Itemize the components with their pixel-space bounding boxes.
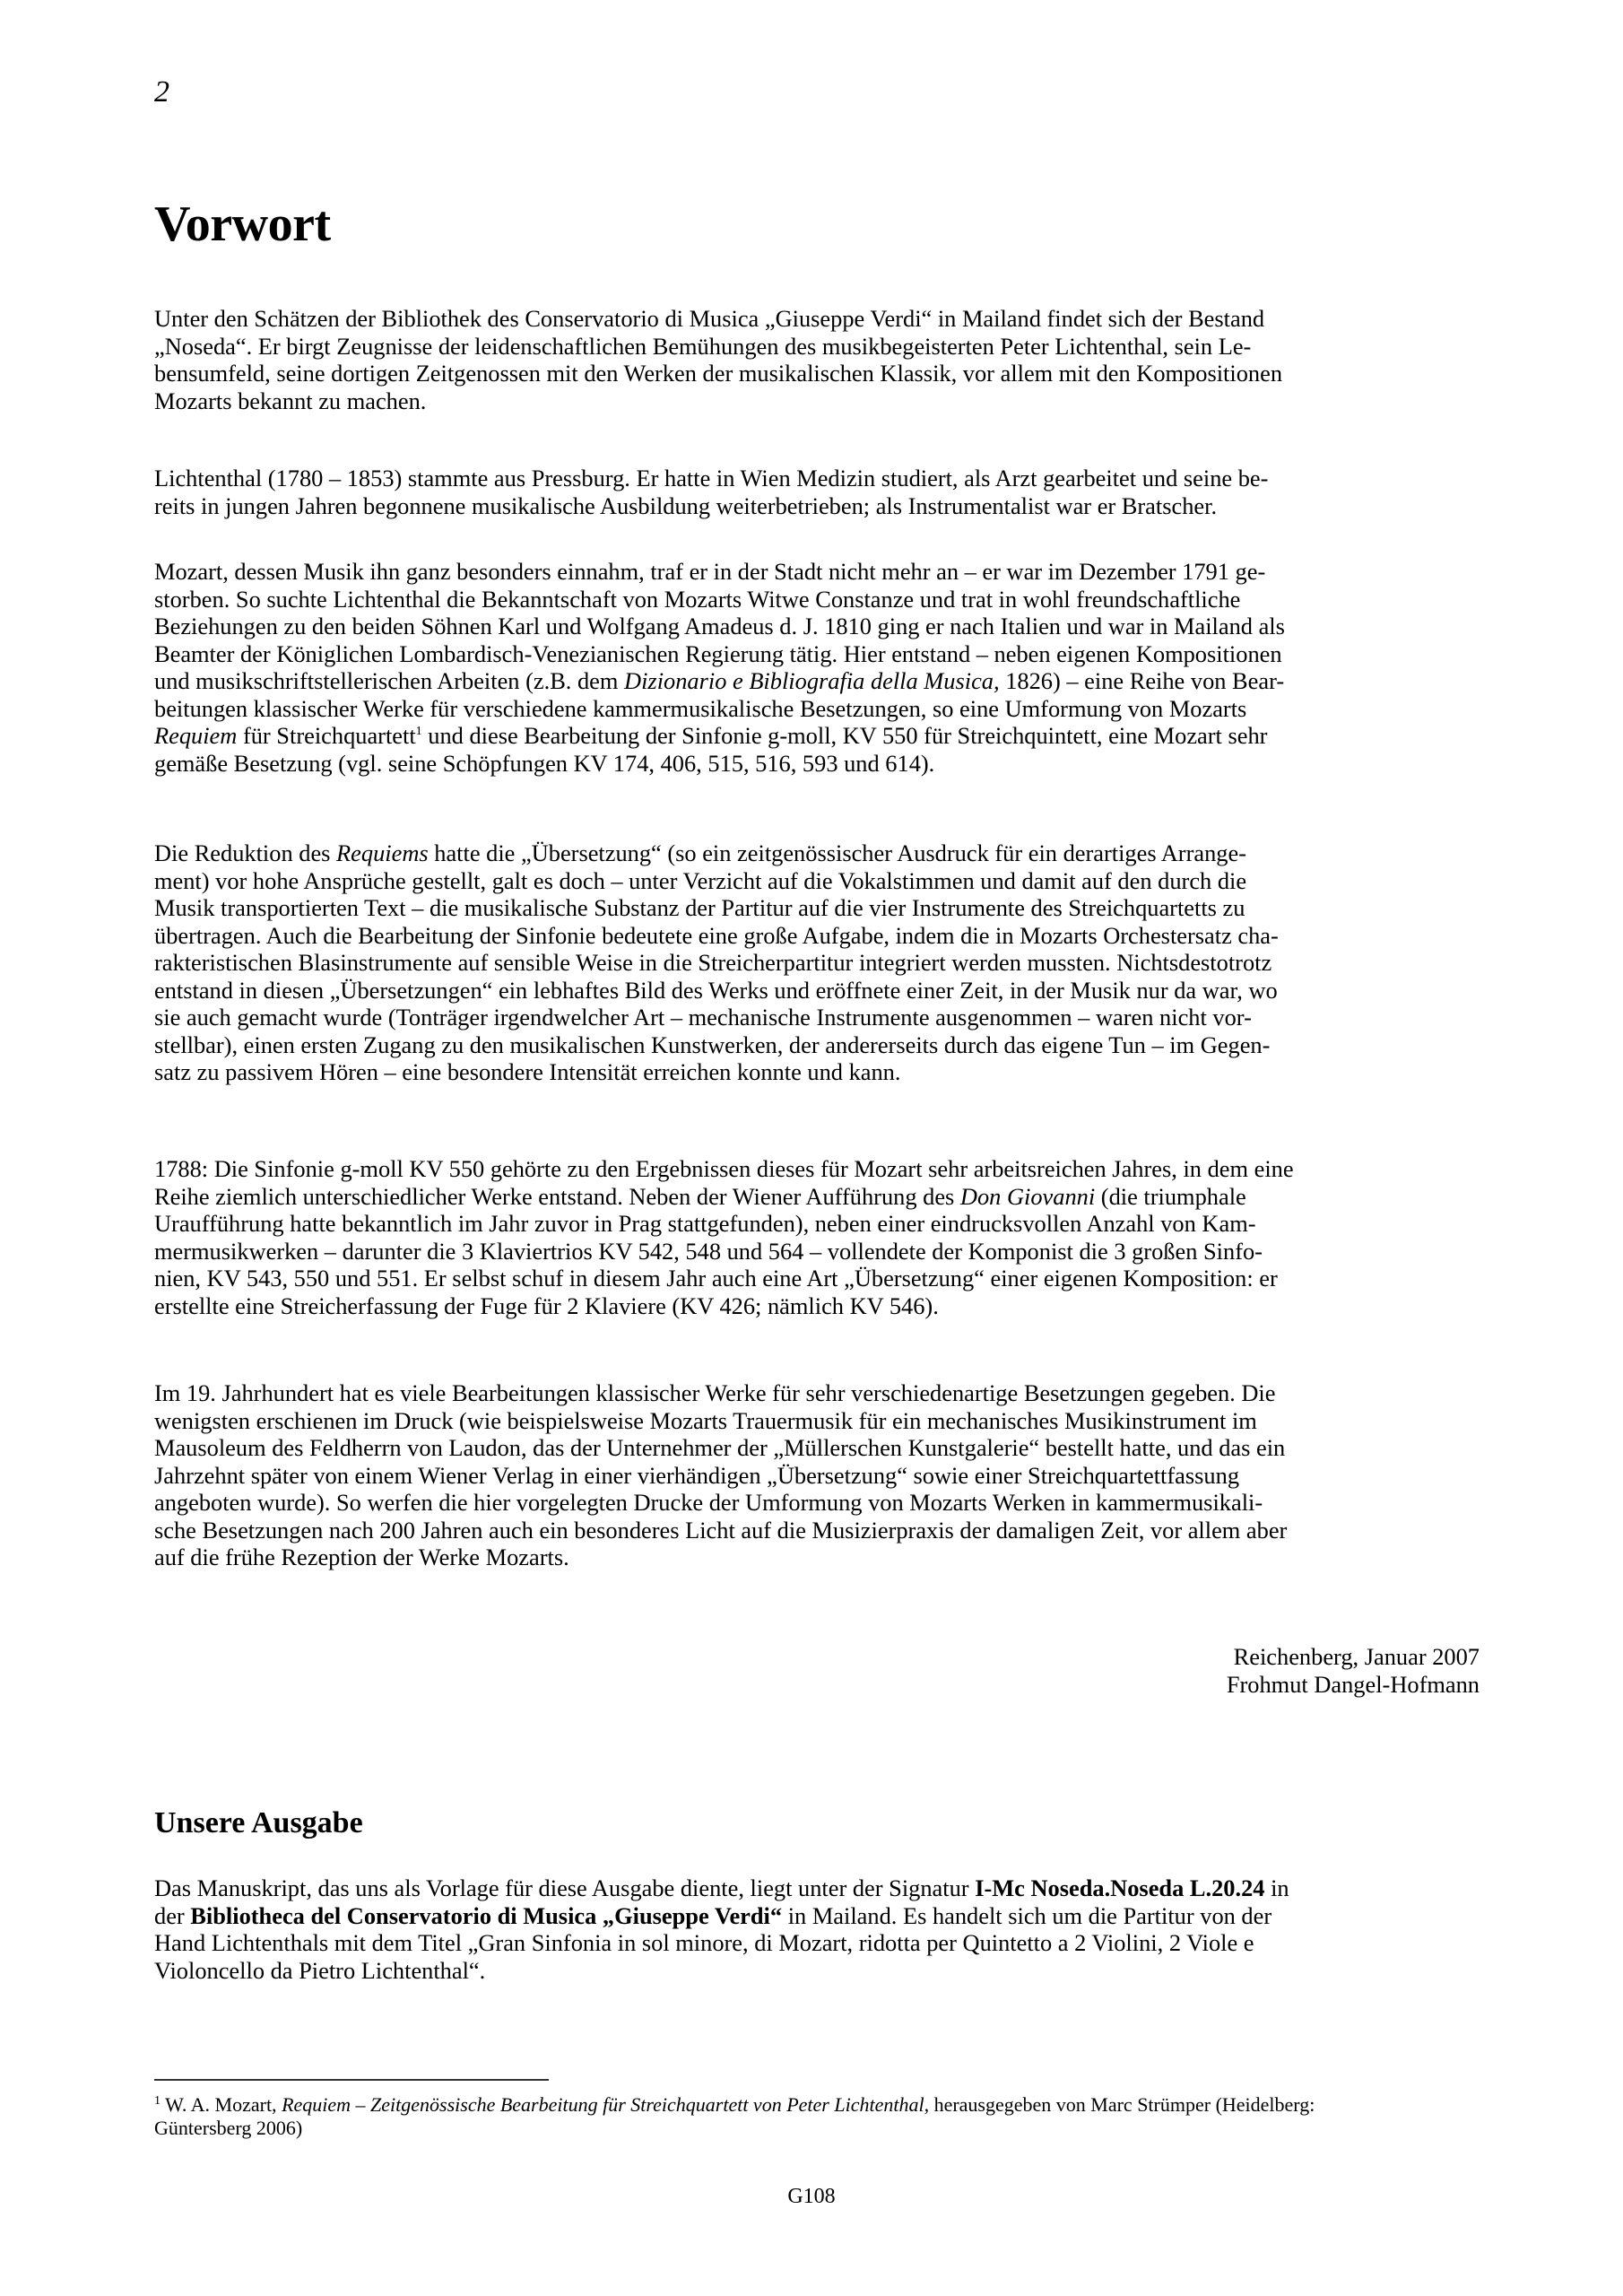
text-line: rakteristischen Blasinstrumente auf sens… [154, 949, 1481, 977]
text-line: storben. So suchte Lichtenthal die Bekan… [154, 586, 1481, 613]
paragraph-4: Die Reduktion des Requiems hatte die „Üb… [154, 839, 1481, 1086]
text-line: Mausoleum des Feldherrn von Laudon, das … [154, 1434, 1481, 1462]
text-line: Mozarts bekannt zu machen. [154, 387, 1481, 415]
text-line: wenigsten erschienen im Druck (wie beisp… [154, 1407, 1481, 1435]
footnote-line: Güntersberg 2006) [154, 2117, 1315, 2140]
text-line: bensumfeld, seine dortigen Zeitgenossen … [154, 360, 1481, 387]
text-line: Reihe ziemlich unterschiedlicher Werke e… [154, 1183, 1481, 1211]
text-line: sie auch gemacht wurde (Tonträger irgend… [154, 1004, 1481, 1031]
text-line: Beamter der Königlichen Lombardisch-Vene… [154, 640, 1481, 668]
text-line: Hand Lichtenthals mit dem Titel „Gran Si… [154, 1929, 1481, 1957]
work-title: Requiems [336, 839, 429, 866]
text-line: Uraufführung hatte bekanntlich im Jahr z… [154, 1210, 1481, 1238]
text-line: stellbar), einen ersten Zugang zu den mu… [154, 1031, 1481, 1059]
text-line: Jahrzehnt später von einem Wiener Verlag… [154, 1462, 1481, 1490]
library-name: Bibliotheca del Conservatorio di Musica … [190, 1902, 782, 1929]
text-line: Unter den Schätzen der Bibliothek des Co… [154, 305, 1481, 333]
text-line: Musik transportierten Text – die musikal… [154, 894, 1481, 922]
paragraph-5: 1788: Die Sinfonie g-moll KV 550 gehörte… [154, 1155, 1481, 1319]
footnote-separator [154, 2079, 549, 2081]
text-line: 1788: Die Sinfonie g-moll KV 550 gehörte… [154, 1155, 1481, 1183]
text-line: beitungen klassischer Werke für verschie… [154, 695, 1481, 723]
text-line: der Bibliotheca del Conservatorio di Mus… [154, 1902, 1481, 1930]
paragraph-2: Lichtenthal (1780 – 1853) stammte aus Pr… [154, 465, 1481, 519]
text-line: entstand in diesen „Übersetzungen“ ein l… [154, 977, 1481, 1004]
text-line: Im 19. Jahrhundert hat es viele Bearbeit… [154, 1379, 1481, 1407]
text-line: und musikschriftstellerischen Arbeiten (… [154, 667, 1481, 695]
shelfmark: I-Mc Noseda.Noseda L.20.24 [975, 1874, 1264, 1901]
text-line: Beziehungen zu den beiden Söhnen Karl un… [154, 613, 1481, 640]
page-title: Vorwort [154, 199, 331, 249]
text-line: Mozart, dessen Musik ihn ganz besonders … [154, 558, 1481, 586]
text-line: „Noseda“. Er birgt Zeugnisse der leidens… [154, 333, 1481, 361]
paragraph-1: Unter den Schätzen der Bibliothek des Co… [154, 305, 1481, 414]
text-line: angeboten wurde). So werfen die hier vor… [154, 1489, 1481, 1517]
text-line: übertragen. Auch die Bearbeitung der Sin… [154, 922, 1481, 950]
text-line: sche Besetzungen nach 200 Jahren auch ei… [154, 1517, 1481, 1544]
text-line: Lichtenthal (1780 – 1853) stammte aus Pr… [154, 465, 1481, 492]
text-line: auf die frühe Rezeption der Werke Mozart… [154, 1544, 1481, 1571]
footnote-marker: 1 [154, 2094, 161, 2108]
signature-block: Reichenberg, Januar 2007 Frohmut Dangel-… [1227, 1643, 1480, 1698]
page-footer-code: G108 [0, 2185, 1623, 2209]
footnote-line: 1 W. A. Mozart, Requiem – Zeitgenössisch… [154, 2093, 1315, 2117]
paragraph-edition: Das Manuskript, das uns als Vorlage für … [154, 1874, 1481, 1984]
work-title: Don Giovanni [960, 1183, 1095, 1210]
text-line: reits in jungen Jahren begonnene musikal… [154, 492, 1481, 520]
text-line: Das Manuskript, das uns als Vorlage für … [154, 1874, 1481, 1902]
signature-place-date: Reichenberg, Januar 2007 [1227, 1643, 1480, 1671]
text-line: erstellte eine Streicherfassung der Fuge… [154, 1292, 1481, 1320]
section-heading: Unsere Ausgabe [154, 1808, 363, 1839]
paragraph-6: Im 19. Jahrhundert hat es viele Bearbeit… [154, 1379, 1481, 1571]
text-line: gemäße Besetzung (vgl. seine Schöpfungen… [154, 750, 1481, 778]
work-title: Requiem [154, 722, 237, 749]
signature-author: Frohmut Dangel-Hofmann [1227, 1671, 1480, 1699]
paragraph-3: Mozart, dessen Musik ihn ganz besonders … [154, 558, 1481, 777]
footnote-ref[interactable]: 1 [416, 725, 422, 738]
text-line: Requiem für Streichquartett1 und diese B… [154, 722, 1481, 750]
text-line: Violoncello da Pietro Lichtenthal“. [154, 1957, 1481, 1985]
text-line: ment) vor hohe Ansprüche gestellt, galt … [154, 867, 1481, 895]
page-number: 2 [154, 77, 169, 108]
text-line: satz zu passivem Hören – eine besondere … [154, 1058, 1481, 1086]
text-line: nien, KV 543, 550 und 551. Er selbst sch… [154, 1265, 1481, 1292]
text-line: mermusikwerken – darunter die 3 Klaviert… [154, 1238, 1481, 1265]
work-title: Dizionario e Bibliografia della Musica, [624, 667, 1000, 694]
text-line: Die Reduktion des Requiems hatte die „Üb… [154, 839, 1481, 867]
footnote: 1 W. A. Mozart, Requiem – Zeitgenössisch… [154, 2093, 1315, 2140]
